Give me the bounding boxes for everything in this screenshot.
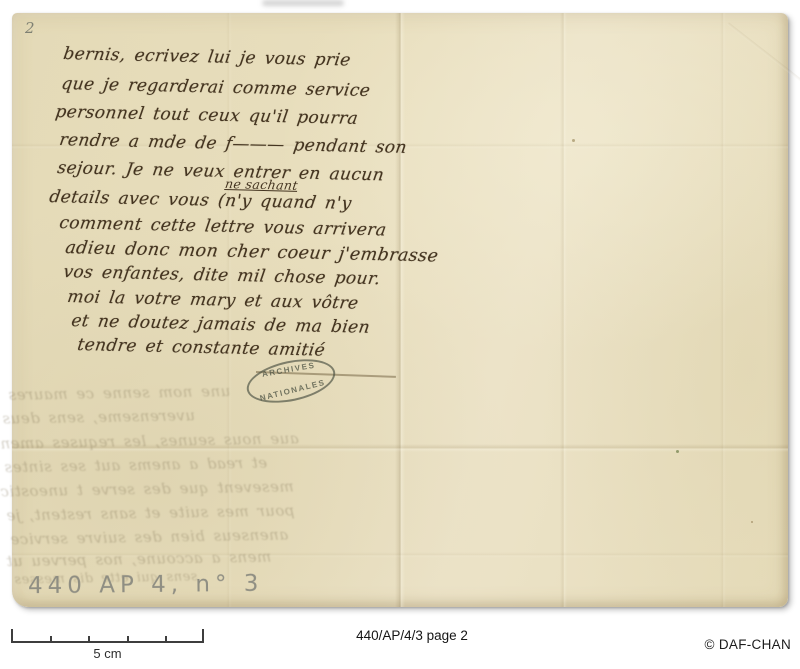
vertical-crease [560, 13, 567, 607]
pencil-page-number: 2 [25, 19, 35, 37]
copyright-notice: © DAF-CHAN [705, 637, 791, 652]
scale-bar-label: 5 cm [11, 646, 204, 661]
paper-speck [751, 521, 753, 523]
interline-insertion: ne sachant [224, 176, 299, 193]
scan-viewer: une nom senne ce maures uverenseme, sens… [0, 0, 800, 669]
paper-speck [572, 139, 575, 142]
paper-speck [676, 450, 679, 453]
image-caption: 440/AP/4/3 page 2 [12, 628, 800, 643]
scan-edge-smudge [262, 0, 344, 6]
archival-reference: 440 AP 4, n° 3 [28, 571, 264, 599]
center-fold-crease [395, 13, 405, 607]
showthrough-line: uverenseme, sens deus [2, 406, 195, 427]
vertical-crease [720, 13, 726, 607]
